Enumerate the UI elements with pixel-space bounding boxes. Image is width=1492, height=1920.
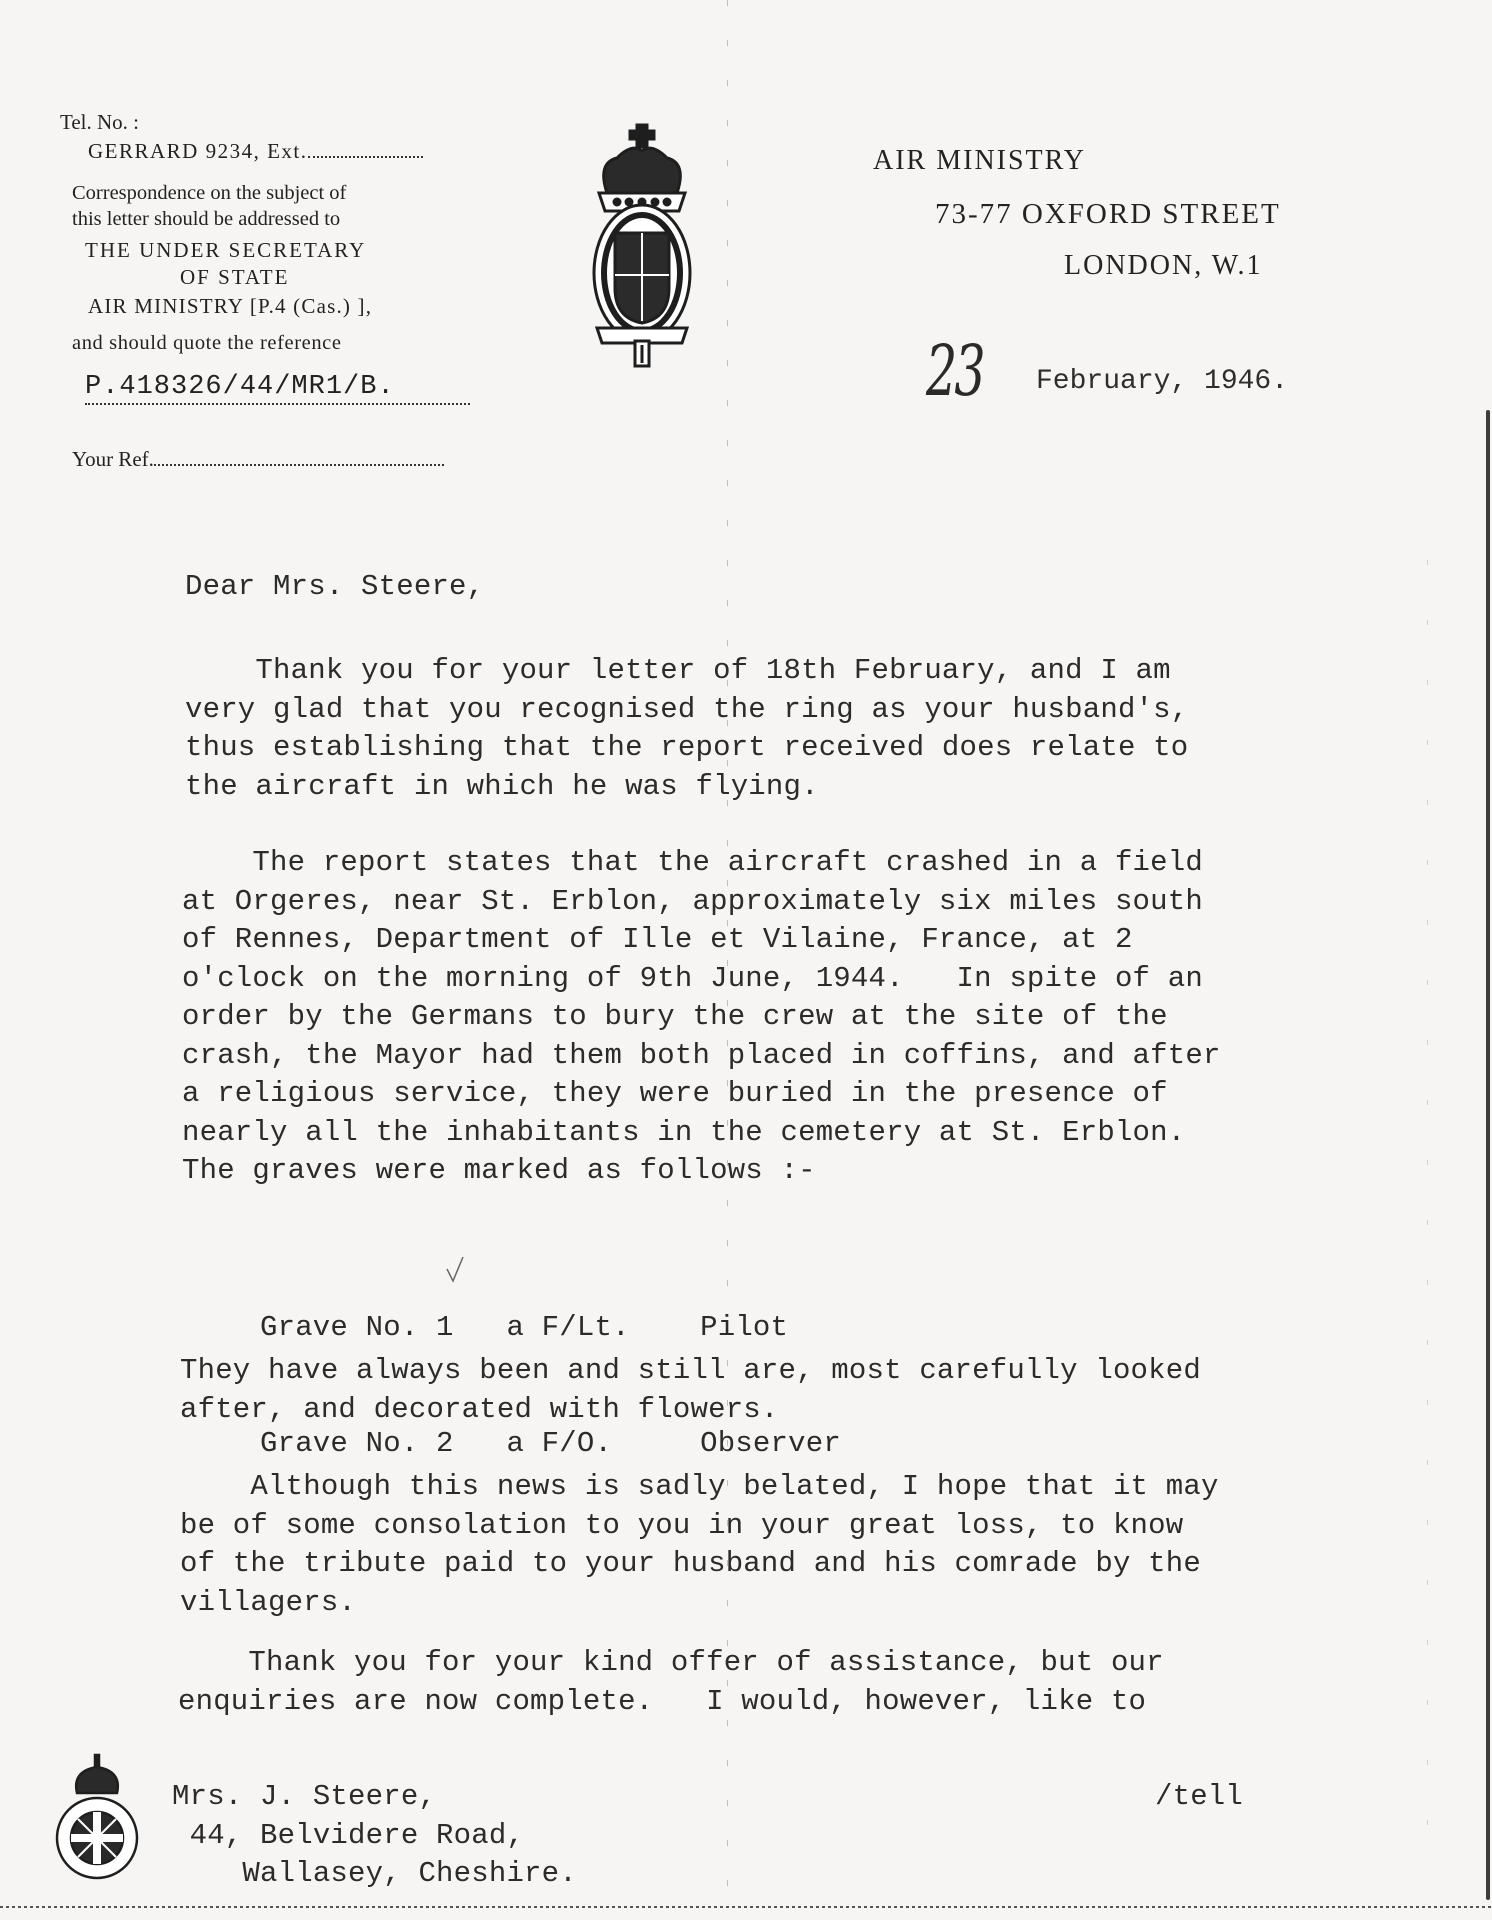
- tel-number-text: GERRARD 9234, Ext.: [88, 139, 308, 163]
- department-line: AIR MINISTRY [P.4 (Cas.) ],: [88, 294, 372, 319]
- letter-page: Tel. No. : GERRARD 9234, Ext. Correspond…: [0, 0, 1492, 1920]
- grave-row: Grave No. 1 a F/Lt. Pilot: [260, 1309, 841, 1348]
- quote-instruction: and should quote the reference: [72, 332, 342, 355]
- org-name: AIR MINISTRY: [873, 145, 1086, 177]
- grave-rank: a F/Lt.: [506, 1311, 629, 1344]
- org-city: LONDON, W.1: [1064, 250, 1263, 282]
- tel-label: Tel. No. :: [60, 110, 139, 135]
- salutation: Dear Mrs. Steere,: [185, 568, 484, 607]
- your-ref-field: Your Ref.: [72, 446, 444, 472]
- grave-role: Pilot: [700, 1311, 788, 1344]
- handwritten-day: 23: [926, 330, 983, 412]
- paper-edge-shadow: [1486, 410, 1490, 1900]
- paragraph-3: They have always been and still are, mos…: [180, 1352, 1201, 1429]
- grave-rank: a F/O.: [506, 1427, 612, 1460]
- addressee-line-1: THE UNDER SECRETARY: [85, 238, 366, 263]
- paragraph-1: Thank you for your letter of 18th Februa…: [185, 652, 1188, 806]
- reference-number: P.418326/44/MR1/B.: [85, 372, 470, 405]
- national-scheme-disabled-men-emblem-icon: [52, 1753, 142, 1888]
- continuation-marker: /tell: [1155, 1778, 1243, 1817]
- correspondence-line-2: this letter should be addressed to: [72, 208, 340, 231]
- correspondence-line-1: Correspondence on the subject of: [72, 182, 346, 205]
- recipient-address: Mrs. J. Steere, 44, Belvidere Road, Wall…: [172, 1778, 577, 1894]
- your-ref-label: Your Ref.: [72, 447, 154, 471]
- date-month-year: February, 1946.: [1036, 366, 1288, 397]
- grave-row: Grave No. 2 a F/O. Observer: [260, 1425, 841, 1464]
- fold-line: [1427, 560, 1428, 1860]
- addressee-line-2: OF STATE: [180, 265, 289, 290]
- paragraph-2: The report states that the aircraft cras…: [182, 844, 1221, 1191]
- extension-dotted-line: [308, 138, 423, 158]
- your-ref-dotted-line: [154, 446, 444, 466]
- tel-number: GERRARD 9234, Ext.: [88, 138, 423, 164]
- royal-coat-of-arms-icon: [587, 123, 697, 368]
- bottom-perforation: [0, 1906, 1492, 1908]
- grave-role: Observer: [700, 1427, 841, 1460]
- org-street: 73-77 OXFORD STREET: [935, 198, 1281, 231]
- paragraph-4: Although this news is sadly belated, I h…: [180, 1468, 1219, 1622]
- paragraph-5: Thank you for your kind offer of assista…: [178, 1644, 1164, 1721]
- grave-label: Grave No. 2: [260, 1427, 454, 1460]
- grave-label: Grave No. 1: [260, 1311, 454, 1344]
- pencil-tick-mark-icon: [445, 1255, 465, 1285]
